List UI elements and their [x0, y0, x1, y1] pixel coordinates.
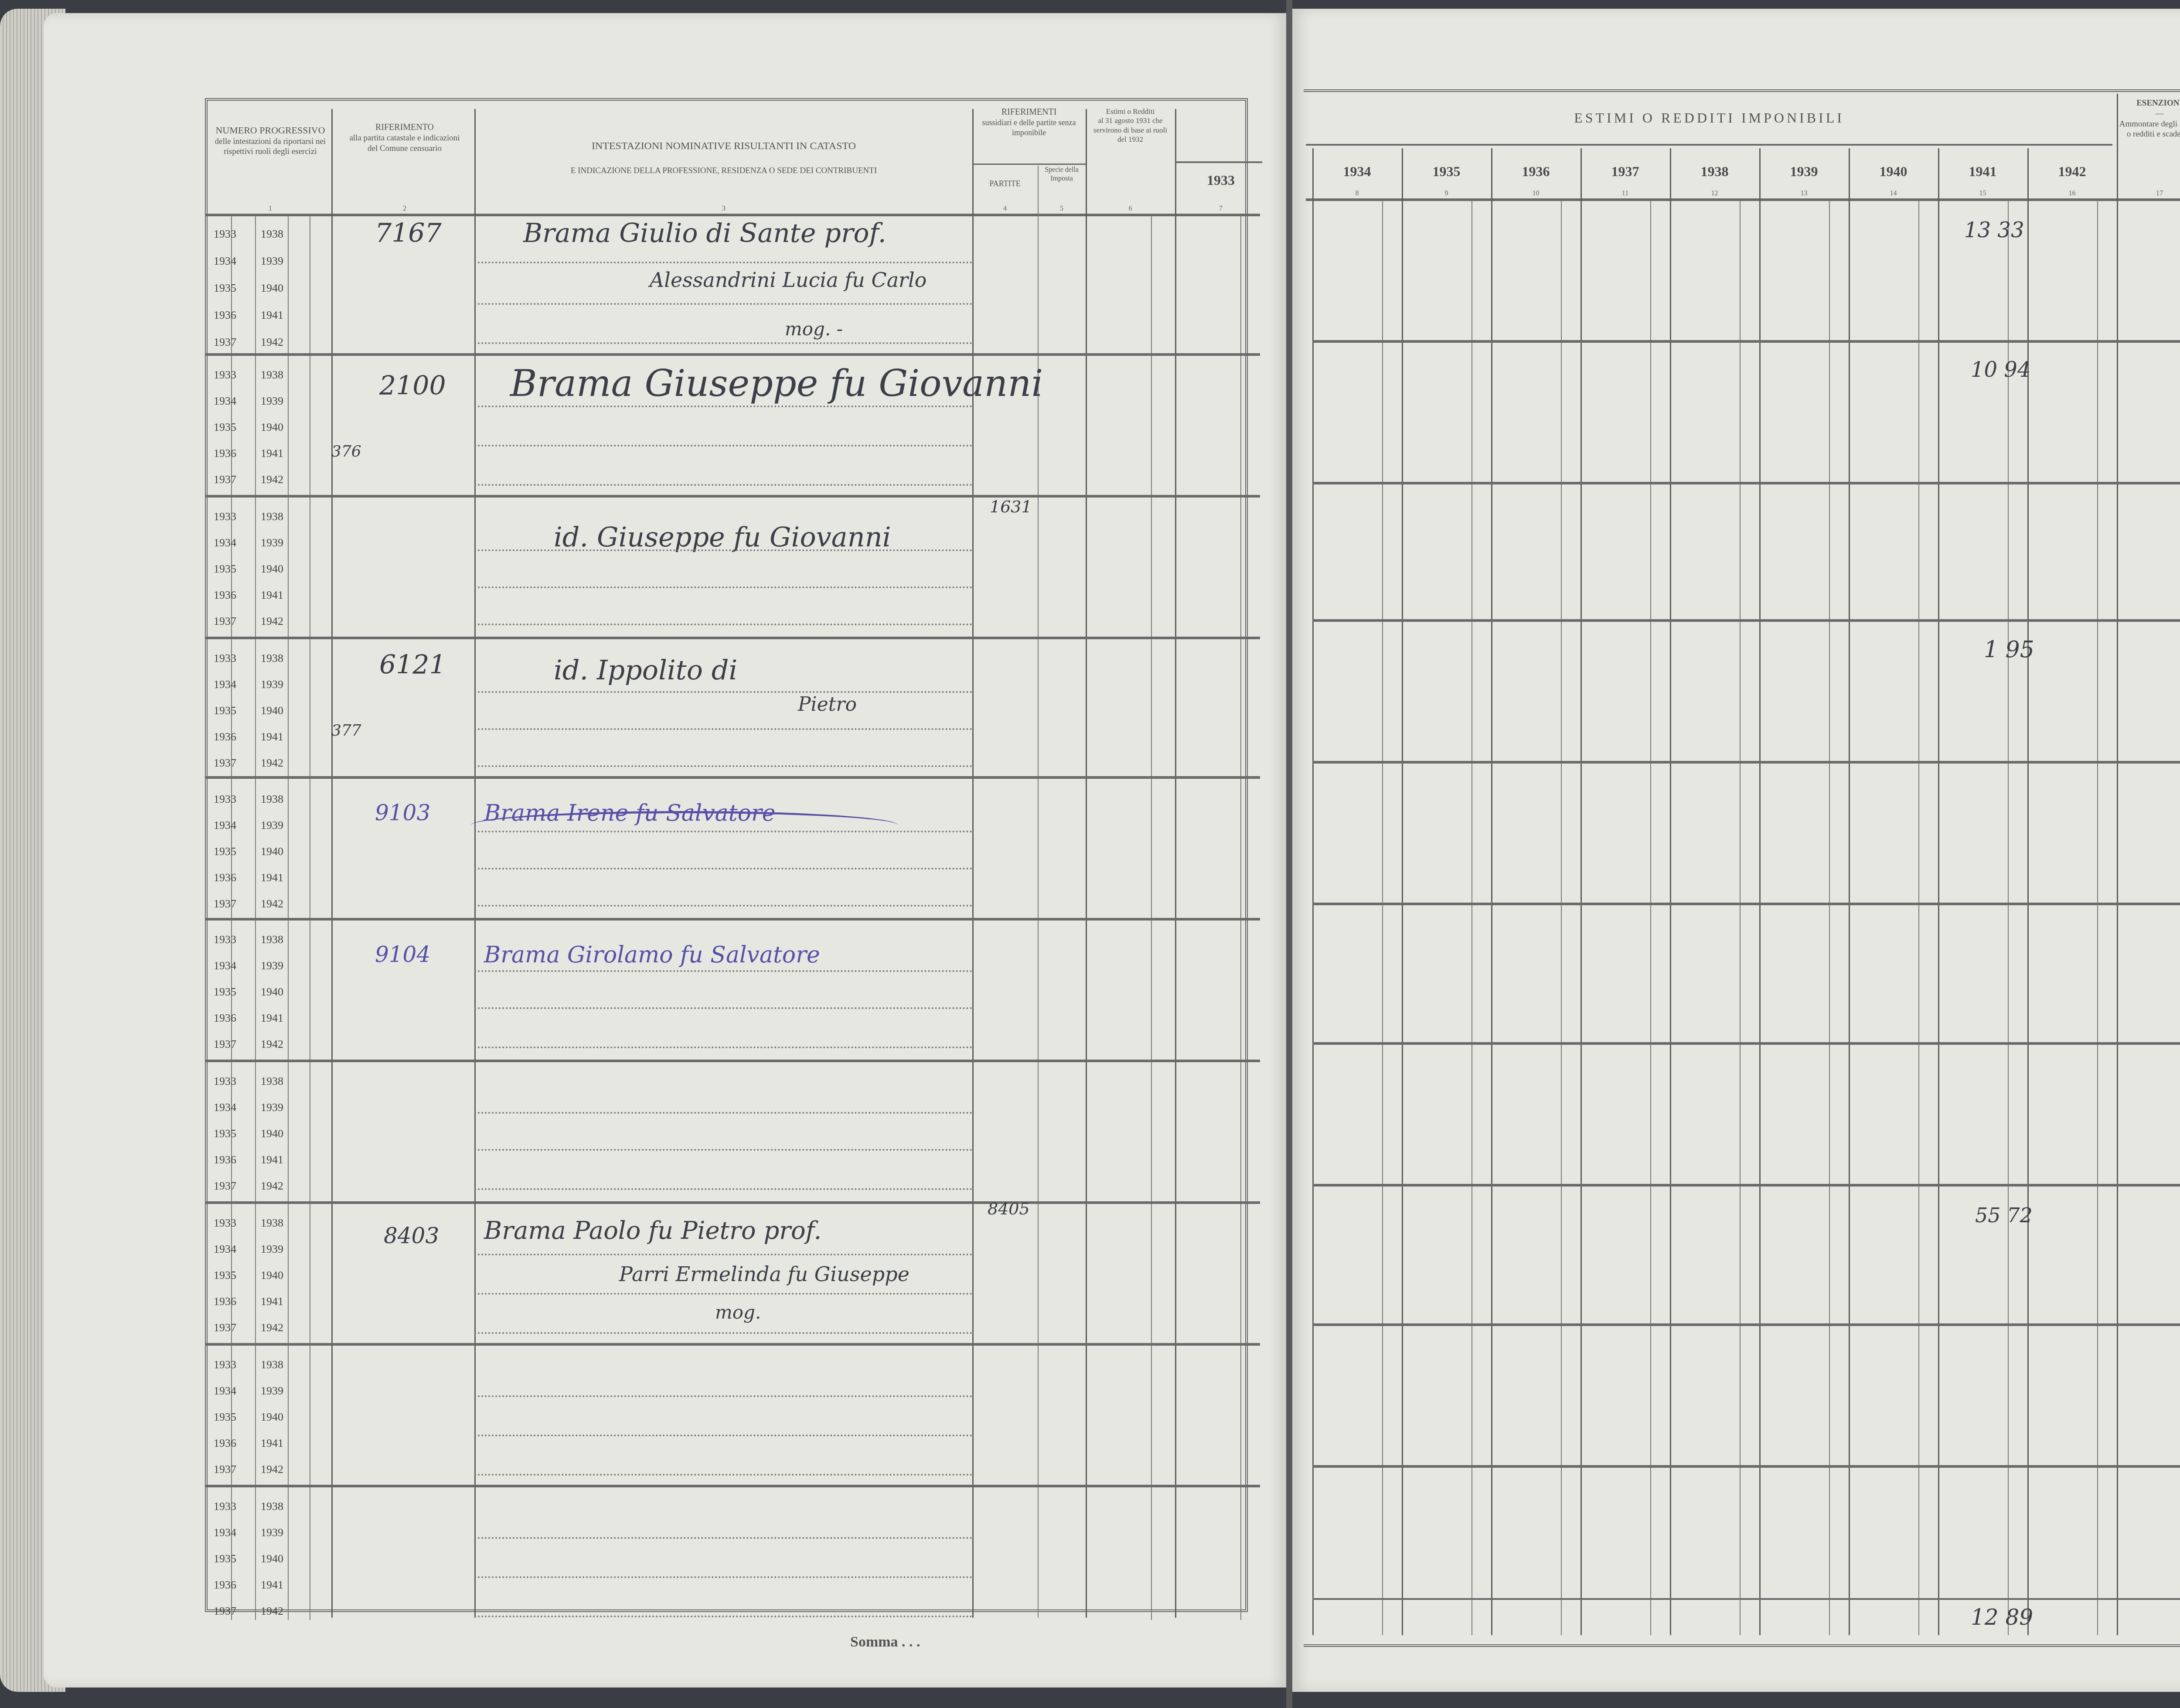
year-right: 1940	[261, 563, 283, 576]
year-right: 1939	[261, 1384, 283, 1398]
entry-separator	[1312, 1184, 2180, 1186]
decimal-divider	[2097, 201, 2098, 1635]
owner-name-line: mog.	[715, 1302, 761, 1323]
year-right: 1941	[261, 871, 283, 884]
year-right: 1942	[261, 1605, 283, 1618]
header-col6-num: 6	[1086, 205, 1175, 213]
year-left: 1936	[214, 871, 236, 884]
year-right: 1939	[261, 1243, 283, 1256]
header-subdivider	[972, 164, 1086, 165]
dotted-rule	[474, 1435, 972, 1436]
col-divider	[1580, 148, 1582, 1635]
header-col3-title: INTESTAZIONI NOMINATIVE RISULTANTI IN CA…	[475, 140, 972, 153]
year-left: 1937	[214, 897, 236, 910]
year-header: 1938	[1670, 164, 1759, 180]
year-left: 1935	[214, 1269, 236, 1282]
column-number: 17	[2118, 190, 2180, 198]
decimal-divider	[1829, 201, 1830, 1635]
year-left: 1935	[214, 704, 236, 717]
exemptions-dash: —	[2118, 109, 2180, 119]
year-right: 1939	[261, 395, 283, 408]
year-right: 1939	[261, 1101, 283, 1114]
decimal-divider	[1918, 201, 1919, 1635]
year-right: 1941	[261, 447, 283, 460]
header-col4-title: PARTITE	[972, 179, 1038, 189]
entry-separator	[1312, 482, 2180, 484]
dotted-rule	[474, 1576, 972, 1578]
year-header: 1936	[1491, 164, 1580, 180]
year-left: 1936	[214, 309, 236, 322]
col-divider	[1312, 148, 1314, 1635]
decimal-divider	[2008, 201, 2009, 1635]
year-left: 1937	[214, 1321, 236, 1334]
header-col2-sub: alla partita catastale e indicazioni del…	[335, 133, 474, 154]
year-left: 1935	[214, 282, 236, 295]
dotted-rule	[474, 262, 972, 263]
col-divider	[1849, 148, 1850, 1635]
col-divider	[1491, 148, 1492, 1635]
dotted-rule	[474, 1474, 972, 1476]
year-left: 1937	[214, 473, 236, 486]
dotted-rule	[474, 1537, 972, 1539]
year-left: 1934	[214, 819, 236, 832]
header-col1: NUMERO PROGRESSIVO delle intestazioni da…	[209, 124, 331, 157]
year-left: 1934	[214, 1384, 236, 1398]
year-right: 1942	[261, 897, 283, 910]
header-col6-sub: al 31 agosto 1931 che servirono di base …	[1086, 116, 1175, 144]
dotted-rule	[474, 765, 972, 767]
entry-separator	[1312, 340, 2180, 343]
dotted-rule	[474, 549, 972, 551]
estimi-group-title: ESTIMI O REDDITI IMPONIBILI	[1308, 109, 2110, 126]
column-number: 10	[1491, 190, 1580, 198]
year-left: 1933	[214, 1358, 236, 1371]
year-left: 1936	[214, 1437, 236, 1450]
owner-name-line: Alessandrini Lucia fu Carlo	[650, 268, 927, 292]
year-left: 1936	[214, 447, 236, 460]
side-note: 377	[331, 722, 361, 740]
entry-separator	[205, 918, 1260, 920]
year-left: 1936	[214, 589, 236, 602]
header-col45-sub: sussidiari e delle partite senza imponib…	[972, 118, 1086, 137]
year-right: 1940	[261, 1127, 283, 1140]
value-1941: 10 94	[1971, 358, 2030, 382]
year-right: 1942	[261, 1038, 283, 1051]
entry-separator	[205, 637, 1260, 639]
dotted-rule	[474, 905, 972, 907]
dotted-rule	[474, 406, 972, 407]
dotted-rule	[474, 868, 972, 869]
header-subdivider	[1306, 144, 2112, 146]
dotted-rule	[474, 691, 972, 693]
entry-separator	[205, 776, 1260, 779]
header-col3-num: 3	[475, 205, 972, 213]
year-left: 1937	[214, 615, 236, 628]
header-col7-num: 7	[1177, 205, 1264, 213]
year-left: 1936	[214, 1012, 236, 1025]
header-subdivider-1933	[1175, 161, 1262, 163]
year-right: 1941	[261, 309, 283, 322]
year-right: 1939	[261, 255, 283, 268]
year-right: 1940	[261, 1269, 283, 1282]
year-header: 1940	[1849, 164, 1938, 180]
header-col2: RIFERIMENTO alla partita catastale e ind…	[335, 122, 474, 154]
year-right: 1942	[261, 757, 283, 770]
header-col2-num: 2	[335, 205, 474, 213]
dotted-rule	[474, 1047, 972, 1048]
value-1941: 1 95	[1984, 637, 2034, 663]
year-left: 1935	[214, 845, 236, 858]
col-divider	[1759, 148, 1761, 1635]
year-right: 1938	[261, 793, 283, 806]
year-header: 1937	[1580, 164, 1670, 180]
value-1941: 55 72	[1975, 1203, 2033, 1227]
year-right: 1938	[261, 1075, 283, 1088]
year-right: 1938	[261, 933, 283, 946]
column-number: 8	[1312, 190, 1402, 198]
year-left: 1933	[214, 933, 236, 946]
owner-name-line: Pietro	[798, 693, 857, 716]
year-right: 1942	[261, 1463, 283, 1476]
year-right: 1942	[261, 1321, 283, 1334]
sum-separator	[1312, 1598, 2180, 1600]
owner-name-line: mog. -	[785, 318, 843, 340]
year-right: 1942	[261, 615, 283, 628]
year-left: 1934	[214, 678, 236, 691]
year-left: 1933	[214, 1500, 236, 1513]
column-number: 16	[2027, 190, 2117, 198]
year-right: 1939	[261, 536, 283, 549]
decimal-divider	[1650, 201, 1651, 1635]
year-left: 1934	[214, 1243, 236, 1256]
year-right: 1938	[261, 1217, 283, 1230]
year-left: 1935	[214, 985, 236, 999]
entry-separator	[1312, 619, 2180, 622]
year-right: 1938	[261, 1358, 283, 1371]
dotted-rule	[474, 445, 972, 447]
year-right: 1941	[261, 1295, 283, 1308]
year-right: 1938	[261, 228, 283, 241]
entry-separator	[205, 495, 1260, 498]
header-col2-title: RIFERIMENTO	[335, 122, 474, 133]
decimal-divider	[1740, 201, 1741, 1635]
year-right: 1940	[261, 704, 283, 717]
year-left: 1935	[214, 1411, 236, 1424]
value-1941: 13 33	[1964, 218, 2024, 242]
partite-value: 8405	[988, 1199, 1030, 1218]
side-note: 376	[331, 443, 361, 460]
cadastral-ref: 8403	[384, 1223, 439, 1248]
col-divider	[1670, 148, 1671, 1635]
header-col45-title: RIFERIMENTI	[972, 107, 1086, 118]
column-number: 14	[1849, 190, 1938, 198]
year-left: 1936	[214, 1578, 236, 1592]
year-right: 1940	[261, 985, 283, 999]
year-left: 1936	[214, 1295, 236, 1308]
year-right: 1942	[261, 473, 283, 486]
year-right: 1939	[261, 678, 283, 691]
entry-separator	[205, 353, 1260, 356]
strikethrough-mark	[471, 811, 898, 839]
exemptions-sub: Ammontare degli estimi o redditi e scade…	[2118, 119, 2180, 140]
dotted-rule	[474, 624, 972, 625]
entry-separator	[1312, 1465, 2180, 1468]
year-right: 1938	[261, 1500, 283, 1513]
owner-name-line: Brama Giuseppe fu Giovanni	[510, 362, 1043, 405]
col-divider	[1938, 148, 1939, 1635]
year-right: 1938	[261, 652, 283, 665]
year-left: 1934	[214, 1101, 236, 1114]
dotted-rule	[474, 303, 972, 305]
col-divider	[1086, 109, 1087, 1618]
col-divider	[972, 109, 974, 1618]
year-right: 1939	[261, 1526, 283, 1539]
entry-separator	[1312, 1323, 2180, 1326]
year-right: 1942	[261, 336, 283, 349]
col-divider	[474, 109, 476, 1618]
year-right: 1940	[261, 845, 283, 858]
dotted-rule	[474, 1254, 972, 1255]
year-right: 1938	[261, 368, 283, 382]
entry-separator	[1312, 761, 2180, 764]
col-divider	[2117, 94, 2118, 1635]
year-left: 1937	[214, 336, 236, 349]
left-table-frame	[205, 98, 1248, 1612]
right-table-frame	[1304, 89, 2180, 1647]
header-col1-title: NUMERO PROGRESSIVO	[209, 124, 331, 136]
dotted-rule	[474, 1188, 972, 1190]
year-left: 1937	[214, 1038, 236, 1051]
owner-name-line: Brama Girolamo fu Salvatore	[484, 942, 820, 968]
header-col7-year: 1933	[1177, 172, 1264, 188]
dotted-rule	[474, 586, 972, 588]
header-exemptions: ESENZIONI — Ammontare degli estimi o red…	[2118, 98, 2180, 140]
dotted-rule	[474, 1293, 972, 1295]
header-col6: Estimi o Redditi al 31 agosto 1931 che s…	[1086, 107, 1175, 144]
year-left: 1935	[214, 563, 236, 576]
sum-1941: 12 89	[1971, 1605, 2033, 1630]
cadastral-ref: 7167	[375, 218, 442, 249]
entry-separator	[1312, 903, 2180, 905]
year-left: 1936	[214, 730, 236, 743]
year-left: 1934	[214, 536, 236, 549]
year-left: 1934	[214, 255, 236, 268]
column-number: 12	[1670, 190, 1759, 198]
year-left: 1935	[214, 1127, 236, 1140]
year-right: 1941	[261, 730, 283, 743]
year-right: 1940	[261, 282, 283, 295]
year-left: 1933	[214, 652, 236, 665]
year-right: 1941	[261, 1437, 283, 1450]
col-divider	[331, 109, 333, 1618]
year-left: 1936	[214, 1153, 236, 1166]
header-col4-num: 4	[972, 205, 1038, 213]
year-left: 1934	[214, 395, 236, 408]
year-right: 1941	[261, 589, 283, 602]
year-left: 1933	[214, 1075, 236, 1088]
dotted-rule	[474, 1007, 972, 1009]
dotted-rule	[474, 484, 972, 486]
owner-name-line: id. Giuseppe fu Giovanni	[554, 521, 891, 553]
header-col6-title: Estimi o Redditi	[1086, 107, 1175, 116]
cadastral-ref: 9103	[375, 800, 430, 825]
column-number: 15	[1938, 190, 2027, 198]
year-right: 1941	[261, 1153, 283, 1166]
owner-name-line: id. Ippolito di	[554, 654, 737, 686]
year-header: 1941	[1938, 164, 2027, 180]
year-right: 1940	[261, 1552, 283, 1565]
book-spine	[1286, 0, 1292, 1708]
decimal-divider	[1382, 201, 1383, 1635]
partite-value: 1631	[990, 497, 1032, 516]
cadastral-ref: 6121	[379, 650, 446, 680]
year-right: 1938	[261, 510, 283, 523]
dotted-rule	[474, 970, 972, 972]
column-number: 13	[1759, 190, 1849, 198]
header-col45: RIFERIMENTI sussidiari e delle partite s…	[972, 107, 1086, 137]
header-col3: INTESTAZIONI NOMINATIVE RISULTANTI IN CA…	[475, 140, 972, 176]
dotted-rule	[474, 1395, 972, 1397]
year-header: 1942	[2027, 164, 2117, 180]
year-left: 1937	[214, 757, 236, 770]
year-left: 1933	[214, 1217, 236, 1230]
decimal-divider	[1471, 201, 1472, 1635]
form-code: Mod. 111 - Imposte Dirette (Intercalare)…	[2136, 57, 2180, 68]
cadastral-ref: 9104	[375, 942, 430, 967]
year-right: 1940	[261, 1411, 283, 1424]
year-right: 1941	[261, 1578, 283, 1592]
year-left: 1937	[214, 1605, 236, 1618]
year-left: 1933	[214, 228, 236, 241]
header-col5-num: 5	[1038, 205, 1086, 213]
header-bottom-rule	[205, 214, 1260, 216]
header-col1-sub: delle intestazioni da riportarsi nei ris…	[209, 136, 331, 157]
header-col1-num: 1	[209, 205, 331, 213]
entry-separator	[205, 1485, 1260, 1487]
dotted-rule	[474, 1149, 972, 1151]
year-right: 1939	[261, 819, 283, 832]
col-divider	[1175, 109, 1176, 1618]
entry-separator	[205, 1343, 1260, 1346]
year-right: 1939	[261, 959, 283, 972]
owner-name-line: Brama Paolo fu Pietro prof.	[484, 1217, 821, 1245]
year-left: 1937	[214, 1463, 236, 1476]
year-right: 1941	[261, 1012, 283, 1025]
header-col3-sub: E INDICAZIONE DELLA PROFESSIONE, RESIDEN…	[475, 166, 972, 176]
year-left: 1935	[214, 421, 236, 434]
entry-separator	[205, 1060, 1260, 1062]
year-left: 1933	[214, 510, 236, 523]
year-left: 1933	[214, 368, 236, 382]
entry-separator	[205, 1201, 1260, 1204]
column-number: 11	[1580, 190, 1670, 198]
sum-label: Somma . . .	[850, 1633, 981, 1652]
year-left: 1937	[214, 1180, 236, 1193]
year-left: 1934	[214, 959, 236, 972]
year-left: 1934	[214, 1526, 236, 1539]
dotted-rule	[474, 728, 972, 730]
owner-name-line: Brama Giulio di Sante prof.	[523, 218, 886, 249]
exemptions-title: ESENZIONI	[2118, 98, 2180, 109]
dotted-rule	[474, 342, 972, 344]
decimal-divider	[1561, 201, 1562, 1635]
year-right: 1940	[261, 421, 283, 434]
year-left: 1933	[214, 793, 236, 806]
year-left: 1935	[214, 1552, 236, 1565]
col-divider	[1402, 148, 1403, 1635]
year-header: 1934	[1312, 164, 1402, 180]
column-number: 9	[1402, 190, 1491, 198]
owner-name-line: Parri Ermelinda fu Giuseppe	[619, 1262, 909, 1286]
dotted-rule	[474, 1332, 972, 1334]
entry-separator	[1312, 1042, 2180, 1045]
dotted-rule	[474, 1112, 972, 1114]
cadastral-ref: 2100	[379, 371, 446, 401]
header-col5-title: Specie della Imposta	[1038, 166, 1086, 183]
dotted-rule	[474, 831, 972, 832]
year-right: 1942	[261, 1180, 283, 1193]
dotted-rule	[474, 1616, 972, 1617]
header-bottom-rule	[1306, 198, 2180, 201]
year-header: 1939	[1759, 164, 1849, 180]
year-header: 1935	[1402, 164, 1491, 180]
